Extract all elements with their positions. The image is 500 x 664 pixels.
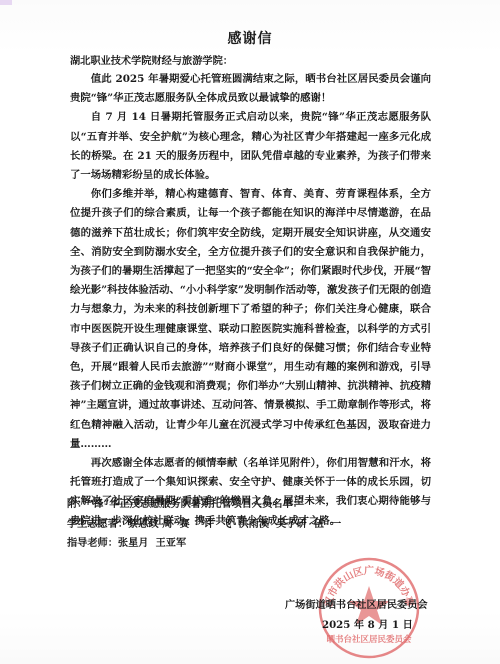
paragraph-activities: 你们多维并举，精心构建德育、智育、体育、美育、劳育课程体系，全方位提升孩子们的综…: [70, 185, 431, 454]
letter-title: 感谢信: [0, 28, 500, 48]
signing-organization: 广场街道晒书台社区居民委员会: [285, 596, 428, 611]
letter-page: 感谢信 湖北职业技术学院财经与旅游学院： 值此 2025 年暑期爱心托管班圆满结…: [0, 0, 500, 664]
scan-artifact: [0, 0, 12, 5]
signing-date: 2025 年 8 月 1 日: [322, 616, 413, 631]
attachment-heading: 附：“锋”华正茂志愿服务队暑期托管项目人员名单：: [67, 495, 341, 515]
letter-body: 值此 2025 年暑期爱心托管班圆满结束之际，晒书台社区居民委员会谨向贵院“锋”…: [70, 70, 431, 531]
paragraph-intro: 值此 2025 年暑期爱心托管班圆满结束之际，晒书台社区居民委员会谨向贵院“锋”…: [70, 70, 431, 108]
svg-text:晒书台社区居民委员会: 晒书台社区居民委员会: [326, 634, 412, 645]
paragraph-overview: 自 7 月 14 日暑期托管服务正式启动以来，贵院“锋”华正茂志愿服务队以“五育…: [70, 108, 431, 185]
student-volunteers: 学生志愿者：蔡思政 周 赛 许 飞 洪雨溪 吴子研 伍 一: [67, 515, 341, 535]
letter-salutation: 湖北职业技术学院财经与旅游学院：: [70, 52, 233, 67]
instructors: 指导老师：张星月 王亚军: [67, 534, 341, 554]
attachment-list: 附：“锋”华正茂志愿服务队暑期托管项目人员名单： 学生志愿者：蔡思政 周 赛 许…: [67, 495, 341, 554]
